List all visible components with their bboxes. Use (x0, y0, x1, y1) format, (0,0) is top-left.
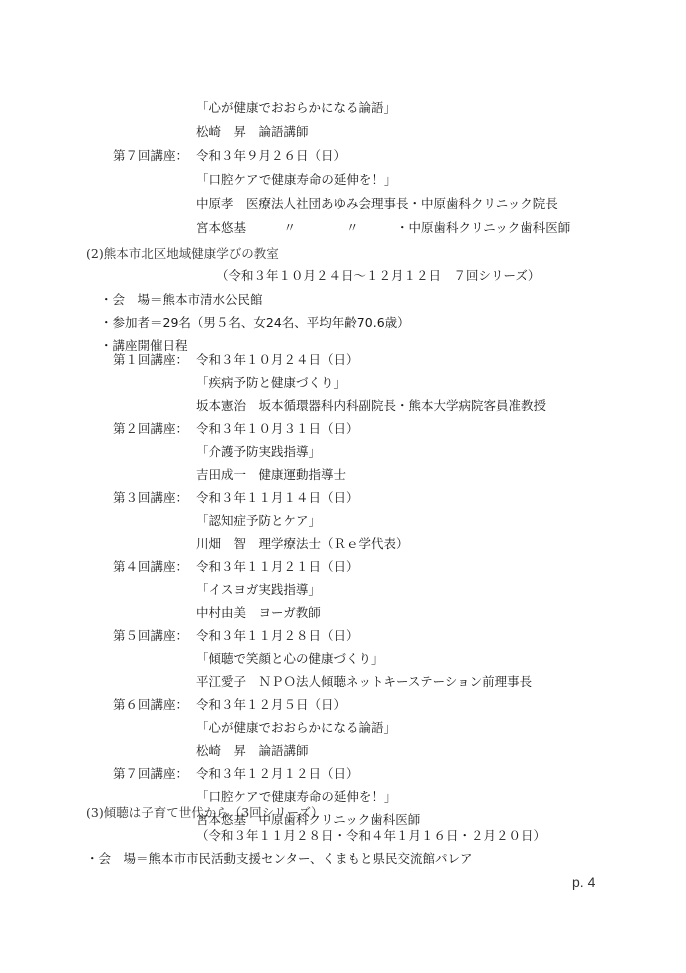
lecture-title: 「傾聴で笑顔と心の健康づくり」 (196, 651, 384, 667)
lecture-title: 「介護予防実践指導」 (196, 444, 321, 460)
section-period: （令和３年１１月２８日・令和４年１月１６日・２月２０日） (196, 828, 546, 844)
session-date: 令和３年１２月５日（日） (196, 697, 346, 713)
section-heading: (3)傾聴は子育て世代から（3回シリーズ） (86, 805, 324, 821)
session-date: 令和３年１０月２４日（日） (196, 352, 359, 368)
lecture-speaker: 川畑 智 理学療法士（Ｒｅ学代表） (196, 536, 409, 552)
session-label: 第７回講座： (113, 148, 188, 164)
lecture-speaker: 中村由美 ヨーガ教師 (196, 605, 321, 621)
venue: ・会 場＝熊本市清水公民館 (100, 292, 263, 308)
session-label: 第４回講座： (113, 559, 188, 575)
session-label: 第６回講座： (113, 697, 188, 713)
session-label: 第３回講座： (113, 490, 188, 506)
session-date: 令和３年１１月２８日（日） (196, 628, 359, 644)
lecture-title: 「イスヨガ実践指導」 (196, 582, 321, 598)
lecture-speaker: 坂本憲治 坂本循環器科内科副院長・熊本大学病院客員准教授 (196, 398, 546, 414)
session-label: 第１回講座： (113, 352, 188, 368)
lecture-speaker: 松崎 昇 論語講師 (196, 124, 309, 140)
session-label: 第５回講座： (113, 628, 188, 644)
section-heading: (2)熊本市北区地域健康学びの教室 (86, 246, 279, 262)
venue: ・会 場＝熊本市市民活動支援センター、くまもと県民交流館パレア (86, 851, 473, 867)
session-date: 令和３年１２月１２日（日） (196, 766, 359, 782)
lecture-title: 「口腔ケアで健康寿命の延伸を！」 (196, 172, 396, 188)
session-label: 第２回講座： (113, 421, 188, 437)
lecture-speaker: 宮本悠基 〃 〃 ・中原歯科クリニック歯科医師 (196, 220, 570, 236)
lecture-speaker: 松崎 昇 論語講師 (196, 743, 309, 759)
session-date: 令和３年１０月３１日（日） (196, 421, 359, 437)
lecture-title: 「心が健康でおおらかになる論語」 (196, 100, 396, 116)
lecture-speaker: 吉田成一 健康運動指導士 (196, 467, 346, 483)
session-date: 令和３年９月２６日（日） (196, 148, 346, 164)
session-label: 第７回講座： (113, 766, 188, 782)
session-date: 令和３年１１月２１日（日） (196, 559, 359, 575)
lecture-title: 「認知症予防とケア」 (196, 513, 321, 529)
lecture-speaker: 中原孝 医療法人社団あゆみ会理事長・中原歯科クリニック院長 (196, 196, 558, 212)
page-number: p. 4 (572, 874, 595, 890)
lecture-title: 「心が健康でおおらかになる論語」 (196, 720, 396, 736)
section-period: （令和３年１０月２４日～１２月１２日 ７回シリーズ） (216, 268, 540, 284)
lecture-title: 「口腔ケアで健康寿命の延伸を！」 (196, 789, 396, 805)
lecture-title: 「疾病予防と健康づくり」 (196, 375, 346, 391)
lecture-speaker: 平江愛子 ＮＰＯ法人傾聴ネットキーステーション前理事長 (196, 674, 532, 690)
session-date: 令和３年１１月１４日（日） (196, 490, 359, 506)
participants: ・参加者＝29名（男５名、女24名、平均年齢70.6歳） (100, 315, 410, 331)
